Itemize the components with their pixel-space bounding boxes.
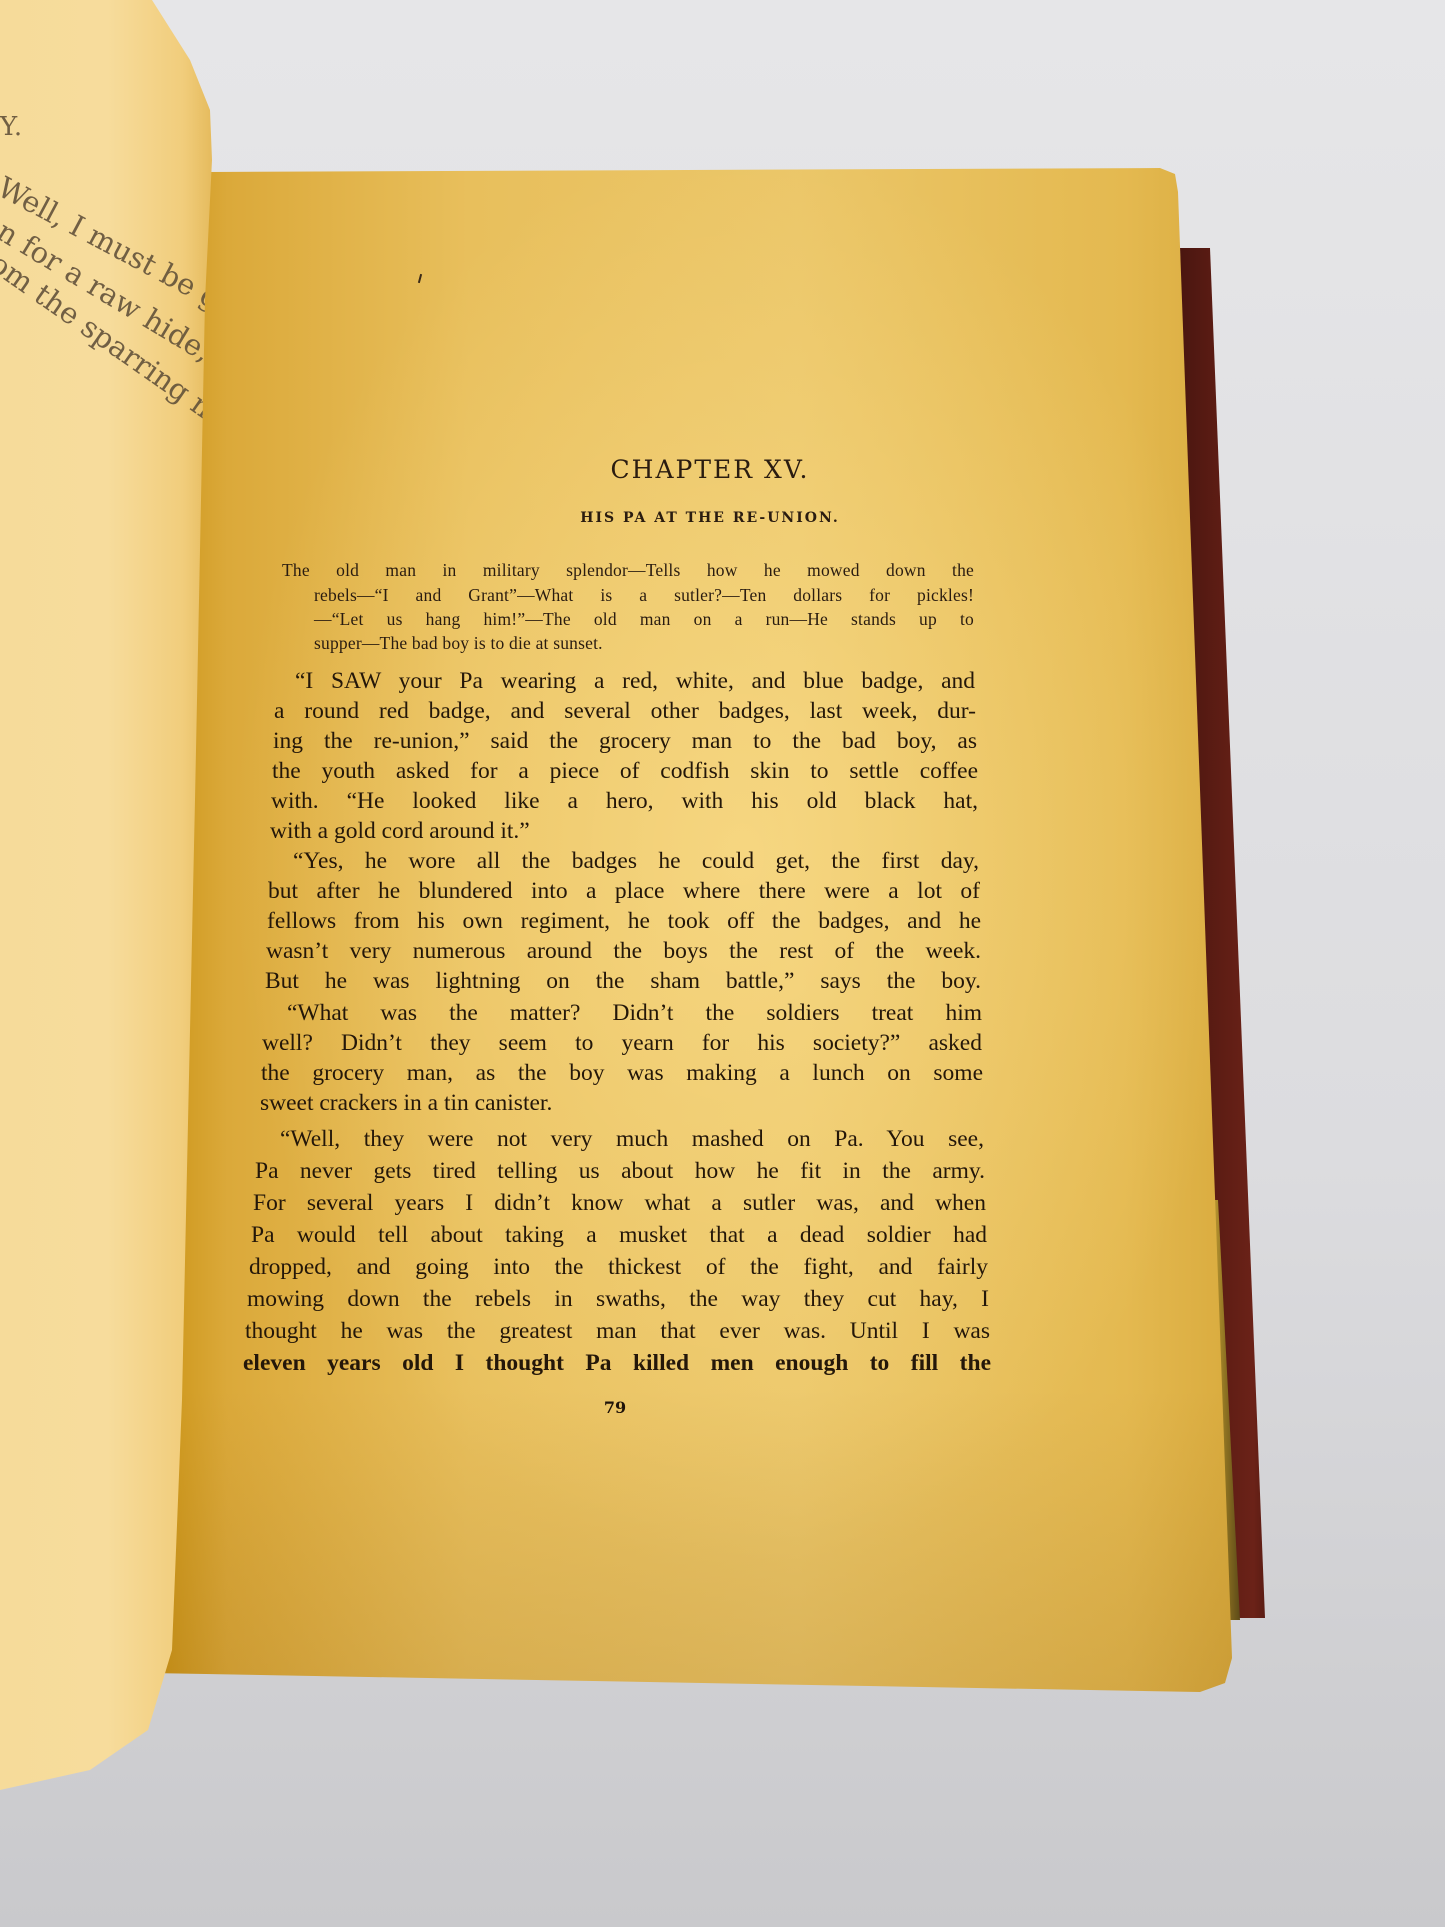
chapter-summary-line: The old man in military splendor—Tells h…	[282, 562, 974, 580]
body-text-line: “I SAW your Pa wearing a red, white, and…	[295, 670, 975, 694]
body-text-line: “Well, they were not very much mashed on…	[280, 1128, 984, 1152]
body-text-line: Pa would tell about taking a musket that…	[251, 1224, 987, 1248]
body-text-line: But he was lightning on the sham battle,…	[265, 970, 981, 994]
body-text-line: mowing down the rebels in swaths, the wa…	[247, 1288, 989, 1312]
chapter-summary-line: rebels—“I and Grant”—What is a sutler?—T…	[314, 587, 974, 605]
body-text-line: For several years I didn’t know what a s…	[253, 1192, 986, 1216]
right-page-text: CHAPTER XV. HIS PA AT THE RE-UNION. The …	[0, 0, 1445, 1927]
body-text-line: Pa never gets tired telling us about how…	[255, 1160, 985, 1184]
chapter-summary-line: —“Let us hang him!”—The old man on a run…	[314, 611, 974, 629]
left-page-text-fragment: Y.	[0, 112, 22, 142]
body-text-line: but after he blundered into a place wher…	[268, 880, 980, 904]
paper-blemish	[418, 274, 422, 283]
body-text-line: a round red badge, and several other bad…	[274, 700, 976, 724]
body-text-line: “What was the matter? Didn’t the soldier…	[287, 1002, 982, 1026]
page-number: 79	[600, 1398, 630, 1417]
body-text-line: with a gold cord around it.”	[270, 820, 530, 844]
chapter-subtitle: HIS PA AT THE RE-UNION.	[470, 510, 950, 526]
body-text-line: “Yes, he wore all the badges he could ge…	[293, 850, 979, 874]
body-text-line: thought he was the greatest man that eve…	[245, 1320, 990, 1344]
body-text-line: with. “He looked like a hero, with his o…	[271, 790, 978, 814]
body-text-line: the youth asked for a piece of codfish s…	[272, 760, 978, 784]
body-text-line: dropped, and going into the thickest of …	[249, 1256, 988, 1280]
body-text-line: wasn’t very numerous around the boys the…	[266, 940, 981, 964]
body-text-line: ing the re-union,” said the grocery man …	[273, 730, 977, 754]
chapter-title: CHAPTER XV.	[520, 455, 900, 484]
body-text-line: the grocery man, as the boy was making a…	[261, 1062, 983, 1086]
body-text-line: sweet crackers in a tin canister.	[260, 1092, 552, 1116]
body-text-line: eleven years old I thought Pa killed men…	[243, 1352, 991, 1376]
body-text-line: fellows from his own regiment, he took o…	[267, 910, 981, 934]
body-text-line: well? Didn’t they seem to yearn for his …	[262, 1032, 982, 1056]
chapter-summary-line: supper—The bad boy is to die at sunset.	[314, 635, 603, 653]
